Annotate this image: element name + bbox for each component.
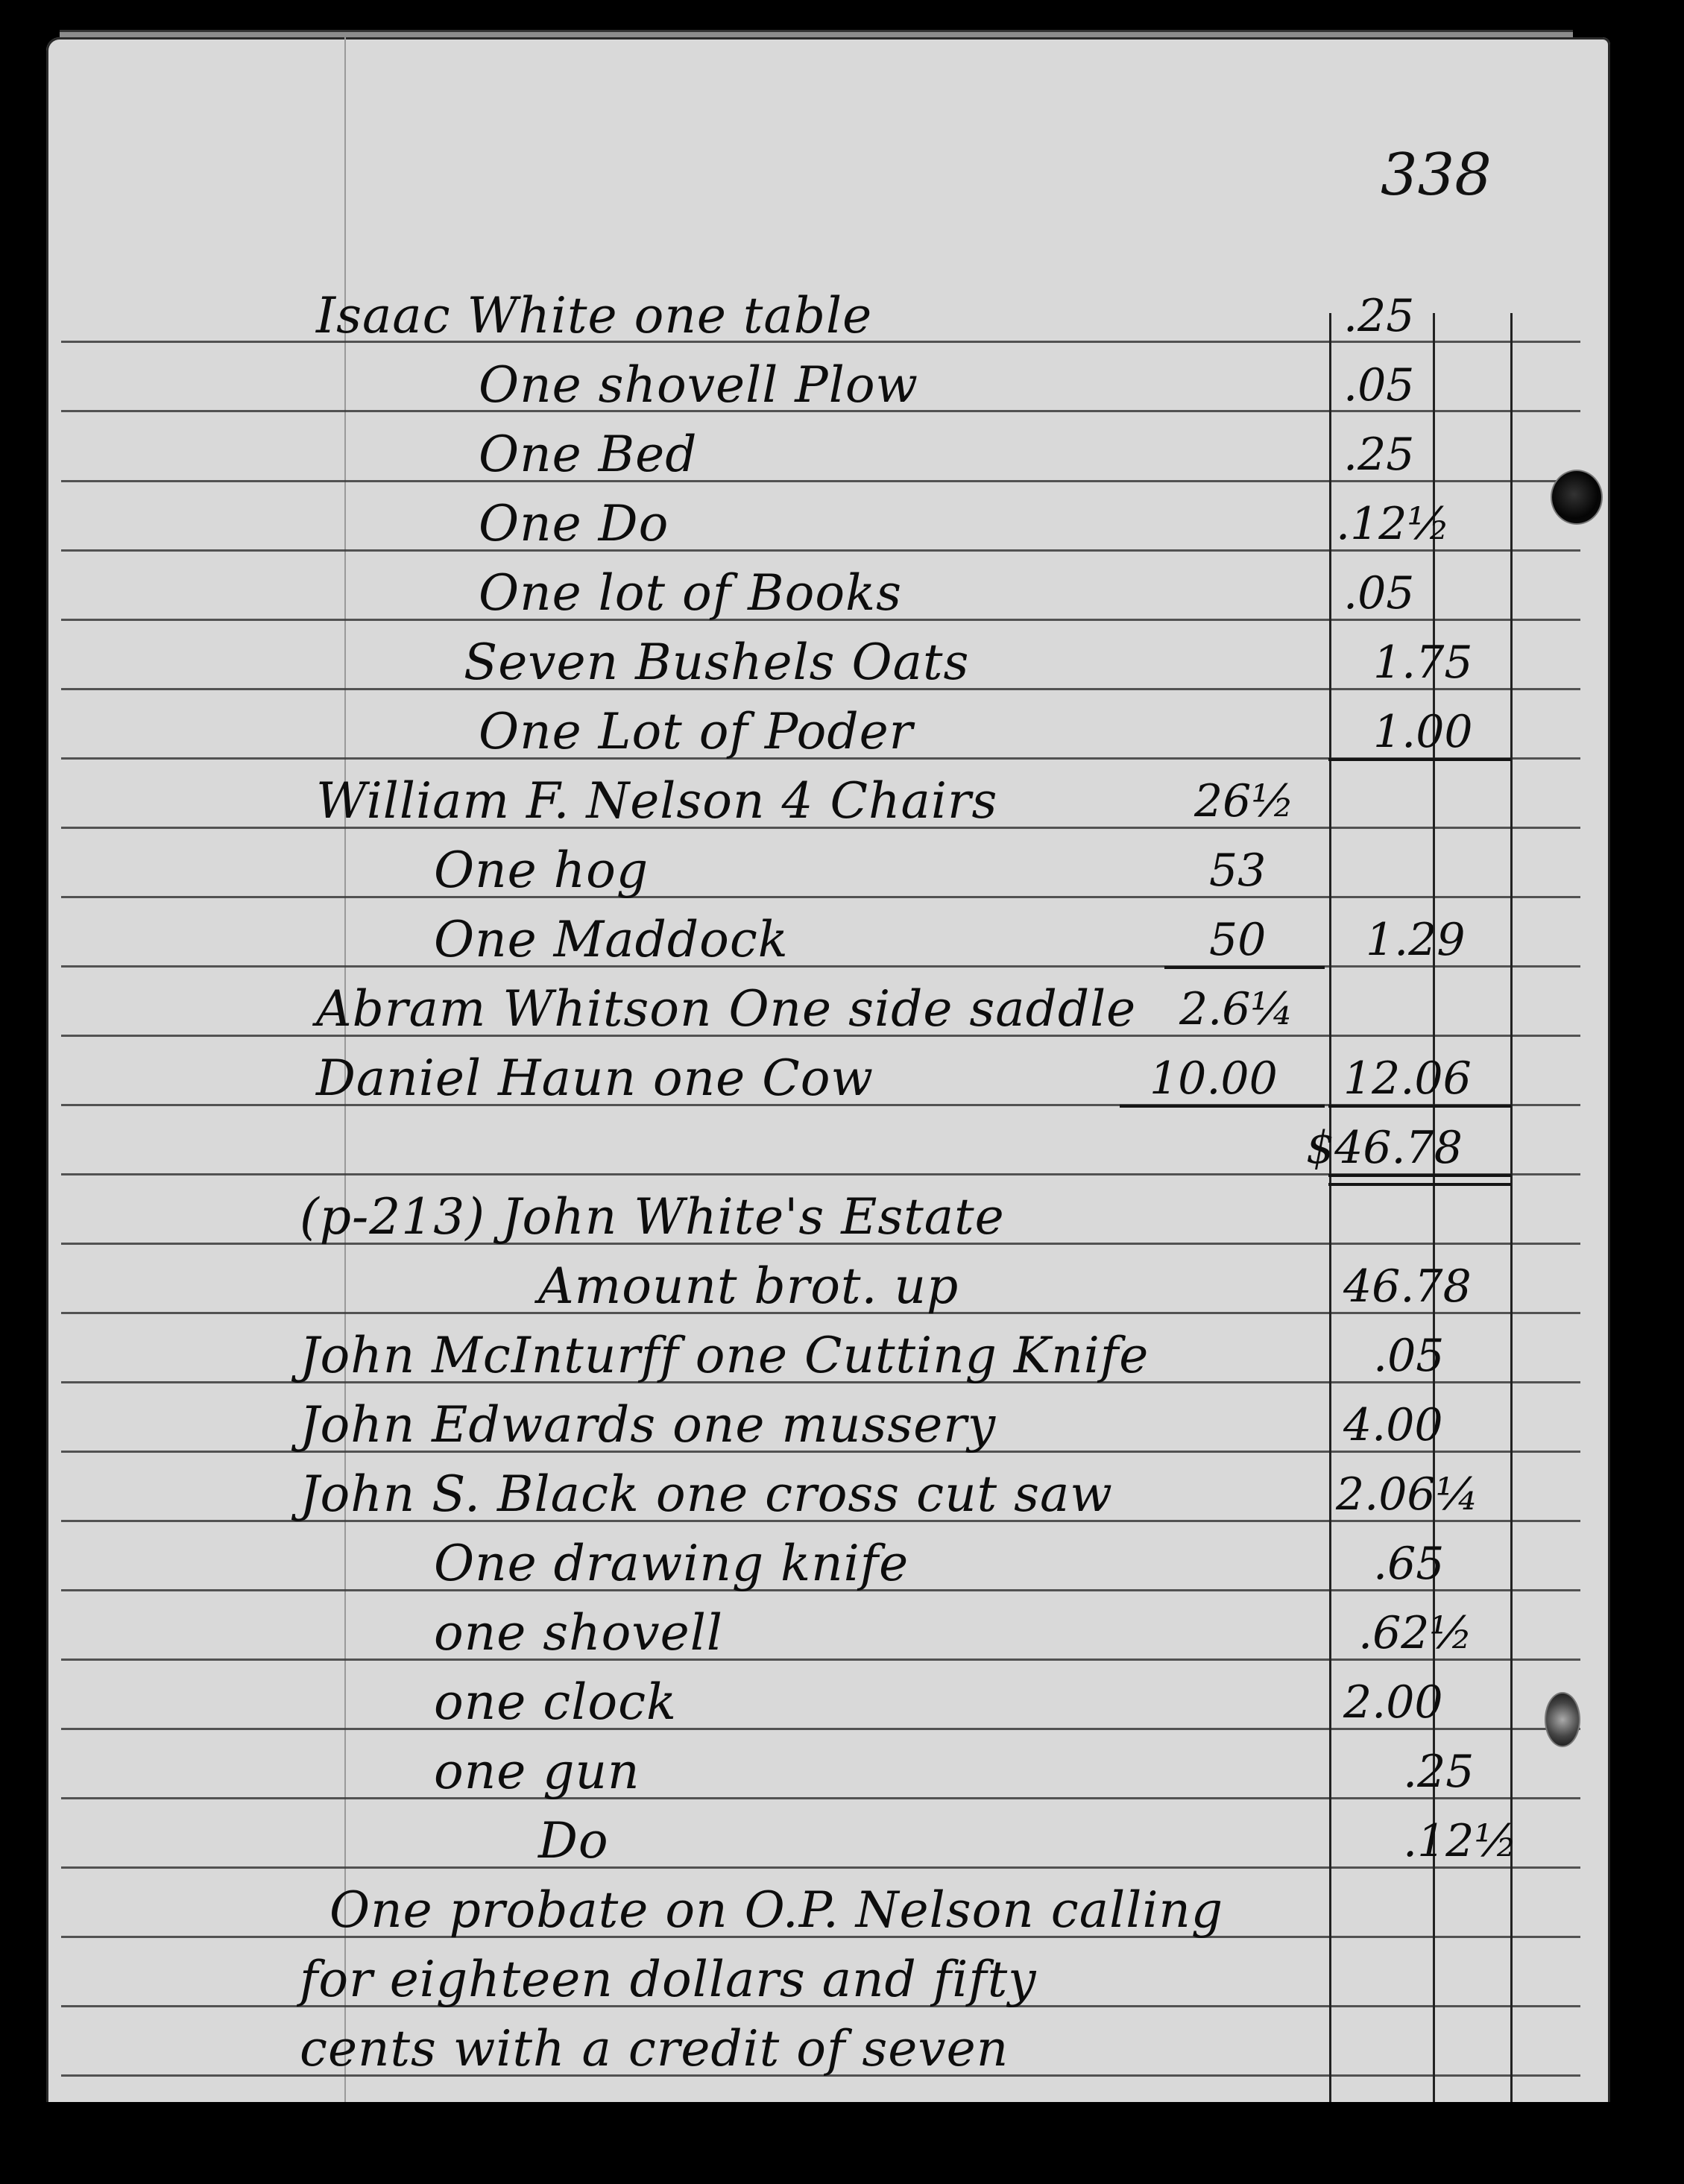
subtotal-underline — [1328, 1105, 1511, 1108]
entry-text: One Bed — [479, 426, 697, 483]
entry-text: Do — [538, 1812, 609, 1869]
ruled-line — [61, 1658, 1580, 1661]
entry-text: Isaac White one table — [316, 287, 872, 344]
amount-outer: 2.06¼ — [1336, 1468, 1479, 1521]
total-double-underline — [1328, 1183, 1511, 1186]
amount-inner: 50 — [1209, 914, 1266, 966]
entry-text: One lot of Books — [479, 564, 902, 622]
amount-inner: 10.00 — [1150, 1052, 1278, 1105]
amount-outer: 12.06 — [1343, 1052, 1472, 1105]
amount-outer: .65 — [1373, 1538, 1444, 1590]
amount-outer: .05 — [1343, 567, 1414, 619]
entry-text: William F. Nelson 4 Chairs — [316, 772, 997, 830]
entry-text: One Maddock — [434, 911, 789, 968]
entry-text: One hog — [434, 842, 649, 899]
entry-text: Seven Bushels Oats — [464, 634, 969, 691]
ledger-page: 338 Isaac White one table One shovell Pl… — [46, 37, 1610, 2143]
subtotal-underline — [1164, 966, 1325, 969]
subtotal-underline — [1328, 758, 1511, 761]
entry-text: One drawing knife — [434, 1535, 909, 1592]
entry-text: One probate on O.P. Nelson calling — [329, 1881, 1223, 1939]
entry-text: One Lot of Poder — [479, 703, 913, 760]
amount-inner: 26½ — [1194, 775, 1295, 827]
amount-outer: 46.78 — [1343, 1260, 1472, 1313]
entry-text: One shovell Plow — [479, 356, 918, 414]
amount-outer: .25 — [1403, 1746, 1474, 1798]
amount-outer: .12½ — [1336, 498, 1451, 550]
page-number: 338 — [1381, 142, 1492, 209]
amount-outer: .25 — [1343, 429, 1414, 481]
amount-outer: 2.00 — [1343, 1676, 1443, 1729]
amount-outer: 4.00 — [1343, 1399, 1443, 1451]
entry-text: Amount brot. up — [538, 1257, 959, 1315]
entry-text: John Edwards one mussery — [300, 1396, 996, 1454]
entry-text: one shovell — [434, 1604, 723, 1661]
ruled-line — [61, 896, 1580, 898]
amount-inner: 53 — [1209, 845, 1266, 897]
entry-text: one gun — [434, 1743, 640, 1800]
amount-outer: 1.00 — [1373, 706, 1473, 758]
column-divider-dollars — [1329, 313, 1331, 2132]
scan-shadow-bottom — [46, 2102, 1617, 2184]
entry-text: Daniel Haun one Cow — [316, 1050, 874, 1107]
entry-text: cents with a credit of seven — [300, 2020, 1009, 2077]
entry-text: one clock — [434, 1673, 677, 1731]
amount-outer: 1.29 — [1366, 914, 1466, 966]
entry-text: One Do — [479, 495, 669, 552]
amount-outer: .62½ — [1358, 1607, 1473, 1659]
ruled-line — [61, 1797, 1580, 1799]
entry-text: for eighteen dollars and fifty — [300, 1951, 1037, 2008]
entry-text: John S. Black one cross cut saw — [300, 1465, 1113, 1523]
page-total: $46.78 — [1306, 1122, 1463, 1174]
ruled-line — [61, 965, 1580, 968]
binder-punch-hole — [1545, 1692, 1580, 1747]
amount-outer: .05 — [1373, 1330, 1444, 1382]
entry-text: John McInturff one Cutting Knife — [300, 1327, 1149, 1384]
amount-outer: 1.75 — [1373, 637, 1473, 689]
amount-inner: 2.6¼ — [1179, 983, 1294, 1035]
entry-text: Abram Whitson One side saddle — [316, 980, 1136, 1038]
entry-text: (p-213) John White's Estate — [300, 1188, 1005, 1246]
amount-outer: .25 — [1343, 290, 1414, 342]
amount-outer: .12½ — [1403, 1815, 1518, 1867]
subtotal-underline — [1120, 1105, 1325, 1108]
ruled-line — [61, 1866, 1580, 1869]
binder-punch-hole — [1551, 470, 1603, 525]
total-double-underline — [1328, 1174, 1511, 1177]
amount-outer: .05 — [1343, 359, 1414, 411]
